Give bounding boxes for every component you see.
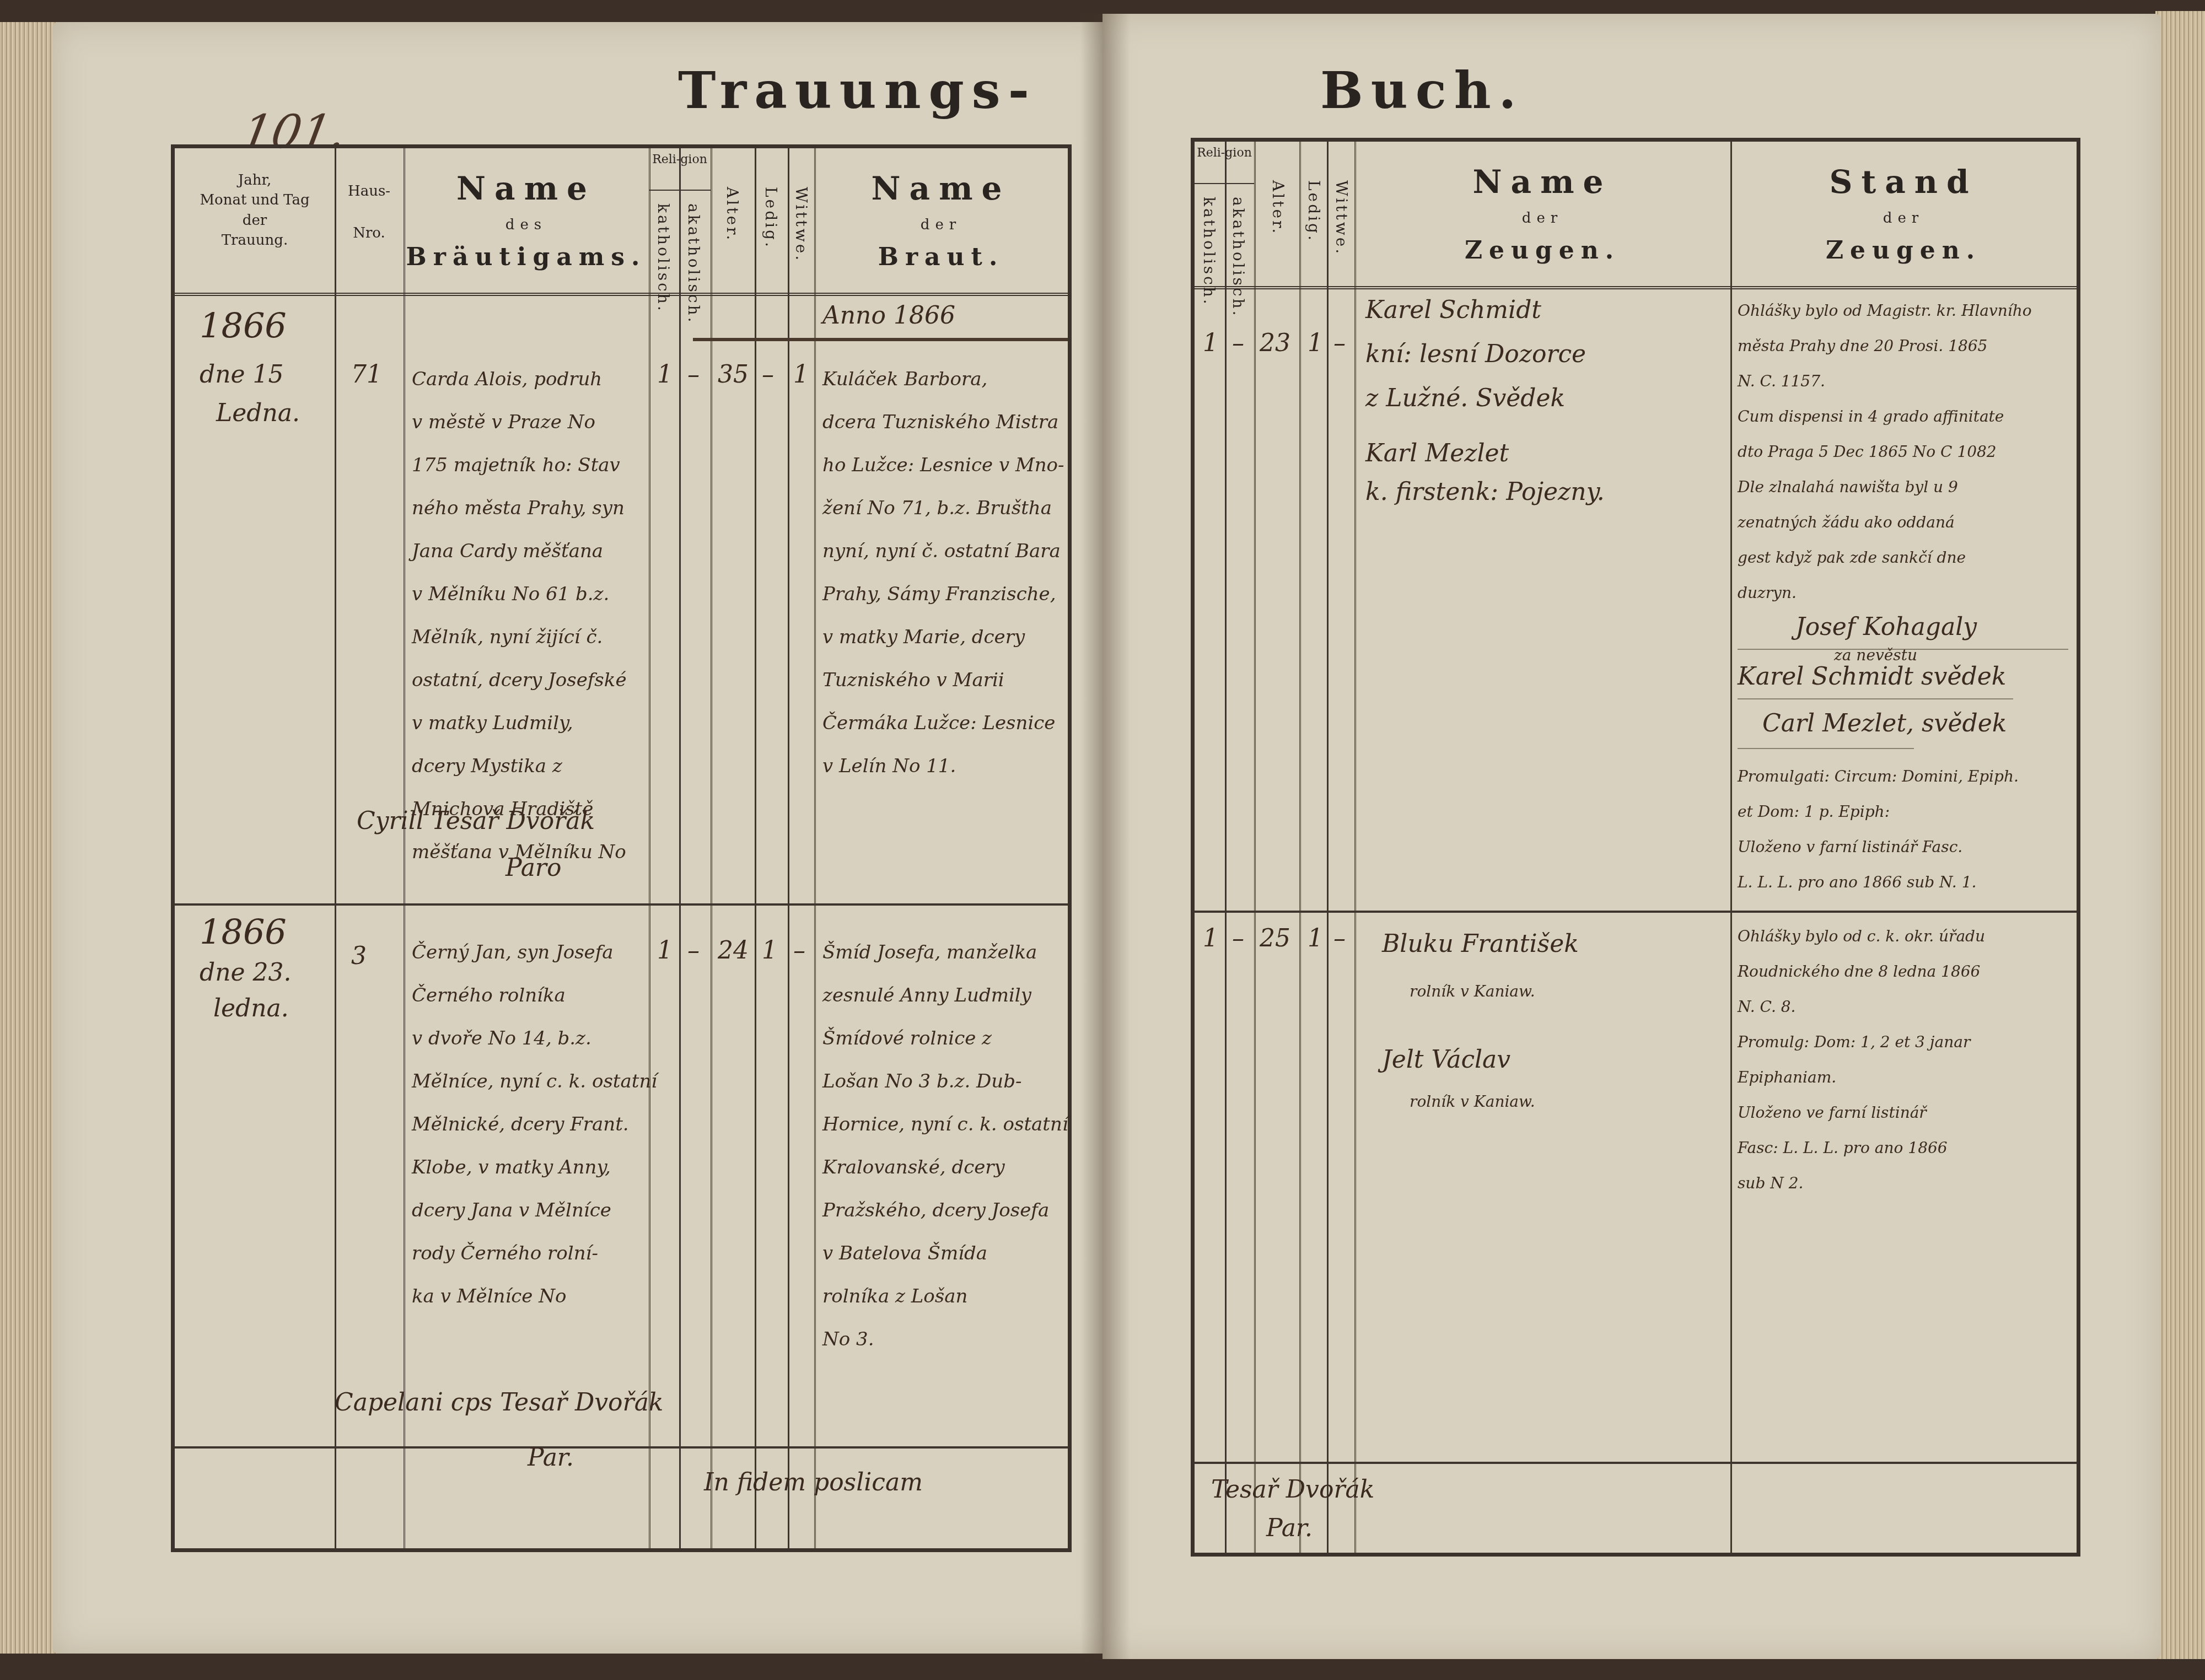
r-entry2-age: 25	[1260, 924, 1290, 952]
r-entry1-witness-2: kní: lesní Dozorce	[1365, 340, 1586, 368]
entry2-signature: Capelani cps Tesař Dvořák	[335, 1388, 664, 1417]
book-gutter	[1080, 14, 1130, 1659]
title-right: Buch.	[1320, 61, 1524, 120]
header-witness-status: Stand der Zeugen.	[1730, 164, 2077, 265]
header-house-no: Haus- Nro.	[335, 181, 404, 244]
header-witness-name: Name der Zeugen.	[1354, 164, 1730, 265]
entry-rule	[175, 903, 1068, 906]
entry1-signature-line2: Paro	[505, 854, 561, 882]
r-entry1-sig-1: Josef Kohagaly	[1795, 613, 1977, 641]
header-date: Jahr, Monat und Tag der Trauung.	[175, 170, 335, 251]
signature-line	[1738, 748, 1914, 749]
left-register-table: Jahr, Monat und Tag der Trauung. Haus- N…	[171, 144, 1072, 1552]
r-entry2-catholic: 1	[1203, 924, 1218, 952]
header-single: Ledig.	[1305, 180, 1323, 243]
r-entry2-witness-2: rolník v Kaniaw.	[1410, 974, 1535, 1009]
col-divider	[788, 148, 789, 1548]
col-divider	[711, 148, 715, 1548]
entry1-bride: Kuláček Barbora, dcera Tuzniského Mistra…	[822, 358, 1064, 788]
entry1-age: 35	[718, 360, 749, 389]
entry-rule	[1195, 911, 2077, 913]
entry-rule	[175, 1446, 1068, 1449]
entry1-month: Ledna.	[216, 399, 300, 427]
signature-line	[1738, 698, 2013, 699]
entry2-catholic: 1	[657, 936, 673, 965]
r-entry1-sig-4: Carl Mezlet, svědek	[1762, 709, 2007, 737]
col-divider	[1254, 142, 1259, 1553]
header-widowed: Wittwe.	[792, 187, 810, 262]
entry2-bride: Šmíd Josefa, manželka zesnulé Anny Ludmi…	[822, 931, 1068, 1361]
r-entry2-witness-1: Bluku František	[1382, 930, 1579, 958]
r-entry2-single: 1	[1308, 924, 1323, 952]
entry1-day: dne 15	[200, 360, 284, 389]
header-religion: Reli-gion	[1195, 146, 1254, 160]
entry2-year: 1866	[200, 912, 287, 952]
r-entry1-status: Ohlášky bylo od Magistr. kr. Hlavního mě…	[1738, 293, 2032, 611]
col-divider	[814, 148, 819, 1548]
col-divider	[335, 148, 336, 1548]
r-entry1-witness-3: z Lužné. Svědek	[1365, 384, 1565, 412]
entry1-signature: Cyrill Tesař Dvořák	[357, 807, 595, 835]
entry1-acatholic: –	[687, 360, 700, 389]
religion-rule	[1195, 183, 1254, 184]
r-entry2-widowed: –	[1333, 924, 1346, 952]
col-divider	[679, 148, 681, 1548]
r-entry1-single: 1	[1308, 329, 1323, 357]
year-banner-rule	[693, 338, 1068, 341]
entry1-year: 1866	[200, 305, 287, 346]
r-entry1-catholic: 1	[1203, 329, 1218, 357]
entry1-widowed: 1	[793, 360, 809, 389]
header-acatholic: akatholisch.	[685, 203, 703, 324]
header-age: Alter.	[1269, 180, 1287, 235]
r-entry2-acatholic: –	[1232, 924, 1244, 952]
entry1-groom: Carda Alois, podruh v městě v Praze No 1…	[412, 358, 627, 874]
col-divider	[404, 148, 408, 1548]
entry2-groom: Černý Jan, syn Josefa Černého rolníka v …	[412, 931, 657, 1318]
r-entry1-witness-1: Karel Schmidt	[1365, 296, 1541, 324]
religion-rule	[649, 190, 711, 191]
entry1-single: –	[762, 360, 774, 389]
header-age: Alter.	[723, 187, 741, 242]
col-divider	[1354, 142, 1359, 1553]
r-footer-signature-line2: Par.	[1266, 1514, 1313, 1542]
book-page-edges-left	[0, 22, 61, 1654]
r-entry2-witness-4: rolník v Kaniaw.	[1410, 1084, 1535, 1119]
header-acatholic: akatholisch.	[1229, 197, 1247, 317]
entry2-widowed: –	[793, 936, 805, 965]
header-rule	[175, 293, 1068, 296]
col-divider	[649, 148, 653, 1548]
col-divider	[1299, 142, 1304, 1553]
header-single: Ledig.	[762, 187, 780, 249]
entry2-signature-line2: Par.	[528, 1444, 574, 1472]
r-entry2-status: Ohlášky bylo od c. k. okr. úřadu Roudnic…	[1738, 919, 1985, 1201]
footer-note: In fidem poslicam	[704, 1468, 923, 1496]
header-rule	[1195, 286, 2077, 289]
col-divider	[1225, 142, 1227, 1553]
r-entry1-witness-5: k. firstenk: Pojezny.	[1365, 478, 1605, 506]
entry2-age: 24	[718, 936, 749, 965]
header-widowed: Wittwe.	[1332, 180, 1351, 256]
header-bride-name: Name der Braut.	[814, 170, 1068, 271]
header-groom-name: Name des Bräutigams.	[404, 170, 649, 271]
col-divider	[1730, 142, 1732, 1553]
entry1-house-no: 71	[351, 360, 382, 389]
right-register-table: Reli-gion katholisch. akatholisch. Alter…	[1191, 138, 2080, 1557]
header-catholic: katholisch.	[654, 203, 673, 313]
r-entry1-notes: Promulgati: Circum: Domini, Epiph. et Do…	[1738, 759, 2019, 900]
r-entry1-acatholic: –	[1232, 329, 1244, 357]
r-entry1-age: 23	[1260, 329, 1290, 357]
header-religion: Reli-gion	[649, 153, 711, 166]
entry2-acatholic: –	[687, 936, 700, 965]
header-catholic: katholisch.	[1200, 197, 1218, 306]
r-entry2-witness-3: Jelt Václav	[1382, 1046, 1510, 1074]
col-divider	[1327, 142, 1329, 1553]
r-footer-signature: Tesař Dvořák	[1211, 1476, 1374, 1504]
r-entry1-sig-3: Karel Schmidt svědek	[1738, 663, 2006, 691]
year-banner: Anno 1866	[822, 301, 955, 330]
entry2-day: dne 23.	[200, 959, 292, 987]
entry1-catholic: 1	[657, 360, 673, 389]
entry2-single: 1	[762, 936, 777, 965]
r-entry1-widowed: –	[1333, 329, 1346, 357]
entry-rule	[1195, 1462, 2077, 1464]
entry2-month: ledna.	[213, 994, 289, 1022]
col-divider	[755, 148, 756, 1548]
entry2-house-no: 3	[351, 942, 367, 970]
r-entry1-witness-4: Karl Mezlet	[1365, 439, 1509, 467]
book-page-edges-right	[2155, 11, 2205, 1659]
title-left: Trauungs-	[678, 61, 1037, 120]
